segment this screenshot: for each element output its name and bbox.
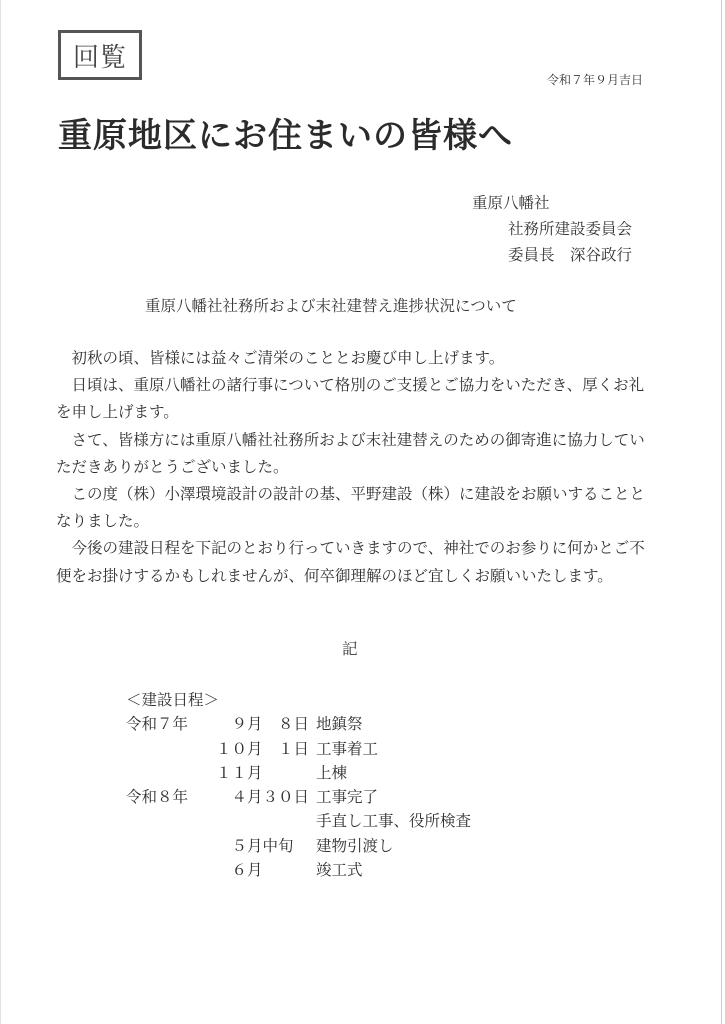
paragraph: この度（株）小澤環境設計の設計の基、平野建設（株）に建設をお願いすることとなりま… xyxy=(56,481,656,535)
page-right-edge xyxy=(721,0,722,1024)
circulation-stamp: 回覧 xyxy=(58,30,142,80)
sender-block: 重原八幡社 社務所建設委員会 委員長 深谷政行 xyxy=(472,190,632,268)
circulation-label: 回覧 xyxy=(73,37,127,74)
schedule-date: １０月 １日 xyxy=(216,737,316,761)
construction-schedule: ＜建設日程＞ 令和７年 ９月 ８日 地鎮祭 １０月 １日 工事着工 １１月 上棟… xyxy=(126,688,471,882)
sender-chair: 委員長 深谷政行 xyxy=(472,242,632,268)
page-left-edge xyxy=(0,0,1,1024)
schedule-row: １０月 １日 工事着工 xyxy=(126,737,471,761)
document-title: 重原地区にお住まいの皆様へ xyxy=(58,108,513,157)
schedule-event: 手直し工事、役所検査 xyxy=(316,809,471,833)
schedule-row: ６月 竣工式 xyxy=(126,858,471,882)
schedule-year xyxy=(126,809,216,833)
schedule-year xyxy=(126,761,216,785)
schedule-date: ６月 xyxy=(216,858,316,882)
paragraph: 初秋の頃、皆様には益々ご清栄のこととお慶び申し上げます。 xyxy=(56,345,656,372)
schedule-year: 令和８年 xyxy=(126,785,216,809)
schedule-year xyxy=(126,737,216,761)
schedule-event: 地鎮祭 xyxy=(316,712,363,736)
document-subject: 重原八幡社社務所および末社建替え進捗状況について xyxy=(145,294,517,316)
schedule-row: ５月中旬 建物引渡し xyxy=(126,834,471,858)
schedule-heading: ＜建設日程＞ xyxy=(126,688,471,712)
schedule-event: 建物引渡し xyxy=(316,834,394,858)
document-date: 令和７年９月吉日 xyxy=(547,71,643,88)
paragraph: 日頃は、重原八幡社の諸行事について格別のご支援とご協力をいただき、厚くお礼を申し… xyxy=(56,372,656,426)
schedule-date: ５月中旬 xyxy=(216,834,316,858)
schedule-event: 竣工式 xyxy=(316,858,363,882)
schedule-row: １１月 上棟 xyxy=(126,761,471,785)
schedule-row: 令和７年 ９月 ８日 地鎮祭 xyxy=(126,712,471,736)
schedule-date: １１月 xyxy=(216,761,316,785)
schedule-date: ９月 ８日 xyxy=(216,712,316,736)
schedule-date: ４月３０日 xyxy=(216,785,316,809)
ki-label: 記 xyxy=(342,637,358,659)
paragraph: さて、皆様方には重原八幡社社務所および末社建替えのための御寄進に協力していただき… xyxy=(56,427,656,481)
body-text: 初秋の頃、皆様には益々ご清栄のこととお慶び申し上げます。 日頃は、重原八幡社の諸… xyxy=(56,345,656,590)
schedule-year xyxy=(126,834,216,858)
schedule-event: 上棟 xyxy=(316,761,347,785)
schedule-year xyxy=(126,858,216,882)
schedule-year: 令和７年 xyxy=(126,712,216,736)
schedule-row: 令和８年 ４月３０日 工事完了 xyxy=(126,785,471,809)
paragraph: 今後の建設日程を下記のとおり行っていきますので、神社でのお参りに何かとご不便をお… xyxy=(56,535,656,589)
schedule-event: 工事着工 xyxy=(316,737,378,761)
schedule-row: 手直し工事、役所検査 xyxy=(126,809,471,833)
sender-organization: 重原八幡社 xyxy=(472,190,632,216)
sender-committee: 社務所建設委員会 xyxy=(472,216,632,242)
schedule-event: 工事完了 xyxy=(316,785,378,809)
schedule-date xyxy=(216,809,316,833)
